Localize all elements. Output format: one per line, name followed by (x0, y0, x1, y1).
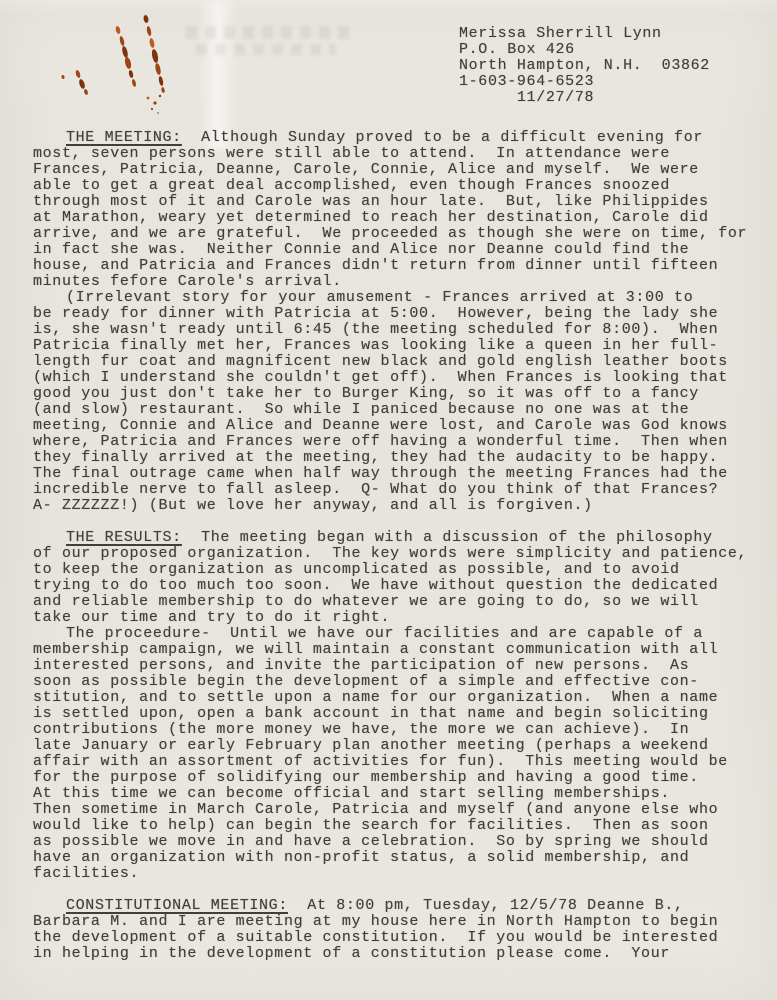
text-line: they finally arrived at the meeting, the… (33, 450, 763, 466)
text-line: minutes fefore Carole's arrival. (33, 274, 763, 290)
section-heading: THE MEETING: (66, 129, 182, 146)
paragraph-irrelevant-story: (Irrelevant story for your amusement - F… (33, 290, 763, 514)
text-line: at Marathon, weary yet determined to rea… (33, 210, 763, 226)
text-line: is settled upon, open a bank account in … (33, 706, 763, 722)
text-line: and reliable membership to do whatever w… (33, 594, 763, 610)
text-line: able to get a great deal accomplished, e… (33, 178, 763, 194)
text-line: Frances, Patricia, Deanne, Carole, Conni… (33, 162, 763, 178)
text-line: through most of it and Carole was an hou… (33, 194, 763, 210)
paragraph-constitutional-meeting: CONSTITUTIONAL MEETING: At 8:00 pm, Tues… (33, 898, 763, 962)
text-line: length fur coat and magnificent new blac… (33, 354, 763, 370)
text-line: contributions (the more money we have, t… (33, 722, 763, 738)
text-line: THE RESULTS: The meeting began with a di… (33, 530, 763, 546)
text-line: arrive, and we are grateful. We proceede… (33, 226, 763, 242)
text-line: The final outrage came when half way thr… (33, 466, 763, 482)
text-line: would like to help) can begin the search… (33, 818, 763, 834)
text-line: Patricia finally met her, Frances was lo… (33, 338, 763, 354)
paragraph-proceedure: The proceedure- Until we have our facili… (33, 626, 763, 882)
paper-crease (198, 0, 238, 150)
text-line: trying to do too much too soon. We have … (33, 578, 763, 594)
text-line: facilities. (33, 866, 763, 882)
text-line: good you just don't take her to Burger K… (33, 386, 763, 402)
text-line: (which I understand she couldn't get off… (33, 370, 763, 386)
text-line: meeting, Connie and Alice and Deanne wer… (33, 418, 763, 434)
text-line: house, and Patricia and Frances didn't r… (33, 258, 763, 274)
text-line: take our time and try to do it right. (33, 610, 763, 626)
rust-stain-group (55, 5, 185, 120)
text-line: Then sometime in March Carole, Patricia … (33, 802, 763, 818)
show-through-artifact (186, 26, 354, 39)
text-line: in fact she was. Neither Connie and Alic… (33, 242, 763, 258)
text-line: be ready for dinner with Patricia at 5:0… (33, 306, 763, 322)
text-line: where, Patricia and Frances were off hav… (33, 434, 763, 450)
text-line: Barbara M. and I are meeting at my house… (33, 914, 763, 930)
text-line: in helping in the development of a const… (33, 946, 763, 962)
address-line: 11/27/78 (459, 90, 710, 106)
paragraph-the-results: THE RESULTS: The meeting began with a di… (33, 530, 763, 626)
text-line: have an organization with non-profit sta… (33, 850, 763, 866)
sender-address-block: Merissa Sherrill LynnP.O. Box 426North H… (459, 26, 710, 106)
text-line: of our proposed organization. The key wo… (33, 546, 763, 562)
text-line: incredible nerve to fall asleep. Q- What… (33, 482, 763, 498)
address-line: P.O. Box 426 (459, 42, 710, 58)
text-line: (and slow) restaurant. So while I panice… (33, 402, 763, 418)
text-line: for the purpose of solidifying our membe… (33, 770, 763, 786)
text-line: The proceedure- Until we have our facili… (33, 626, 763, 642)
text-line: soon as possible begin the development o… (33, 674, 763, 690)
text-line: the development of a suitable constituti… (33, 930, 763, 946)
section-heading: THE RESULTS: (66, 529, 182, 546)
text-line: At this time we can become official and … (33, 786, 763, 802)
text-line: late January or early February plan anot… (33, 738, 763, 754)
text-line: stitution, and to settle upon a name for… (33, 690, 763, 706)
address-line: 1-603-964-6523 (459, 74, 710, 90)
text-line: CONSTITUTIONAL MEETING: At 8:00 pm, Tues… (33, 898, 763, 914)
text-line: most, seven persons were still able to a… (33, 146, 763, 162)
text-line: (Irrelevant story for your amusement - F… (33, 290, 763, 306)
text-line: to keep the organization as uncomplicate… (33, 562, 763, 578)
text-line: as possible we move in and have a celebr… (33, 834, 763, 850)
text-line: A- ZZZZZZ!) (But we love her anyway, and… (33, 498, 763, 514)
paragraph-the-meeting: THE MEETING: Although Sunday proved to b… (33, 130, 763, 290)
show-through-artifact (196, 44, 336, 55)
text-line: membership campaign, we will maintain a … (33, 642, 763, 658)
blank-line (33, 882, 763, 898)
blank-line (33, 514, 763, 530)
address-line: Merissa Sherrill Lynn (459, 26, 710, 42)
letter-body: THE MEETING: Although Sunday proved to b… (33, 130, 763, 962)
address-line: North Hampton, N.H. 03862 (459, 58, 710, 74)
text-line: THE MEETING: Although Sunday proved to b… (33, 130, 763, 146)
text-line: affair with an assortment of activities … (33, 754, 763, 770)
section-heading: CONSTITUTIONAL MEETING: (66, 897, 288, 914)
text-line: is, she wasn't ready until 6:45 (the mee… (33, 322, 763, 338)
text-line: interested persons, and invite the parti… (33, 658, 763, 674)
